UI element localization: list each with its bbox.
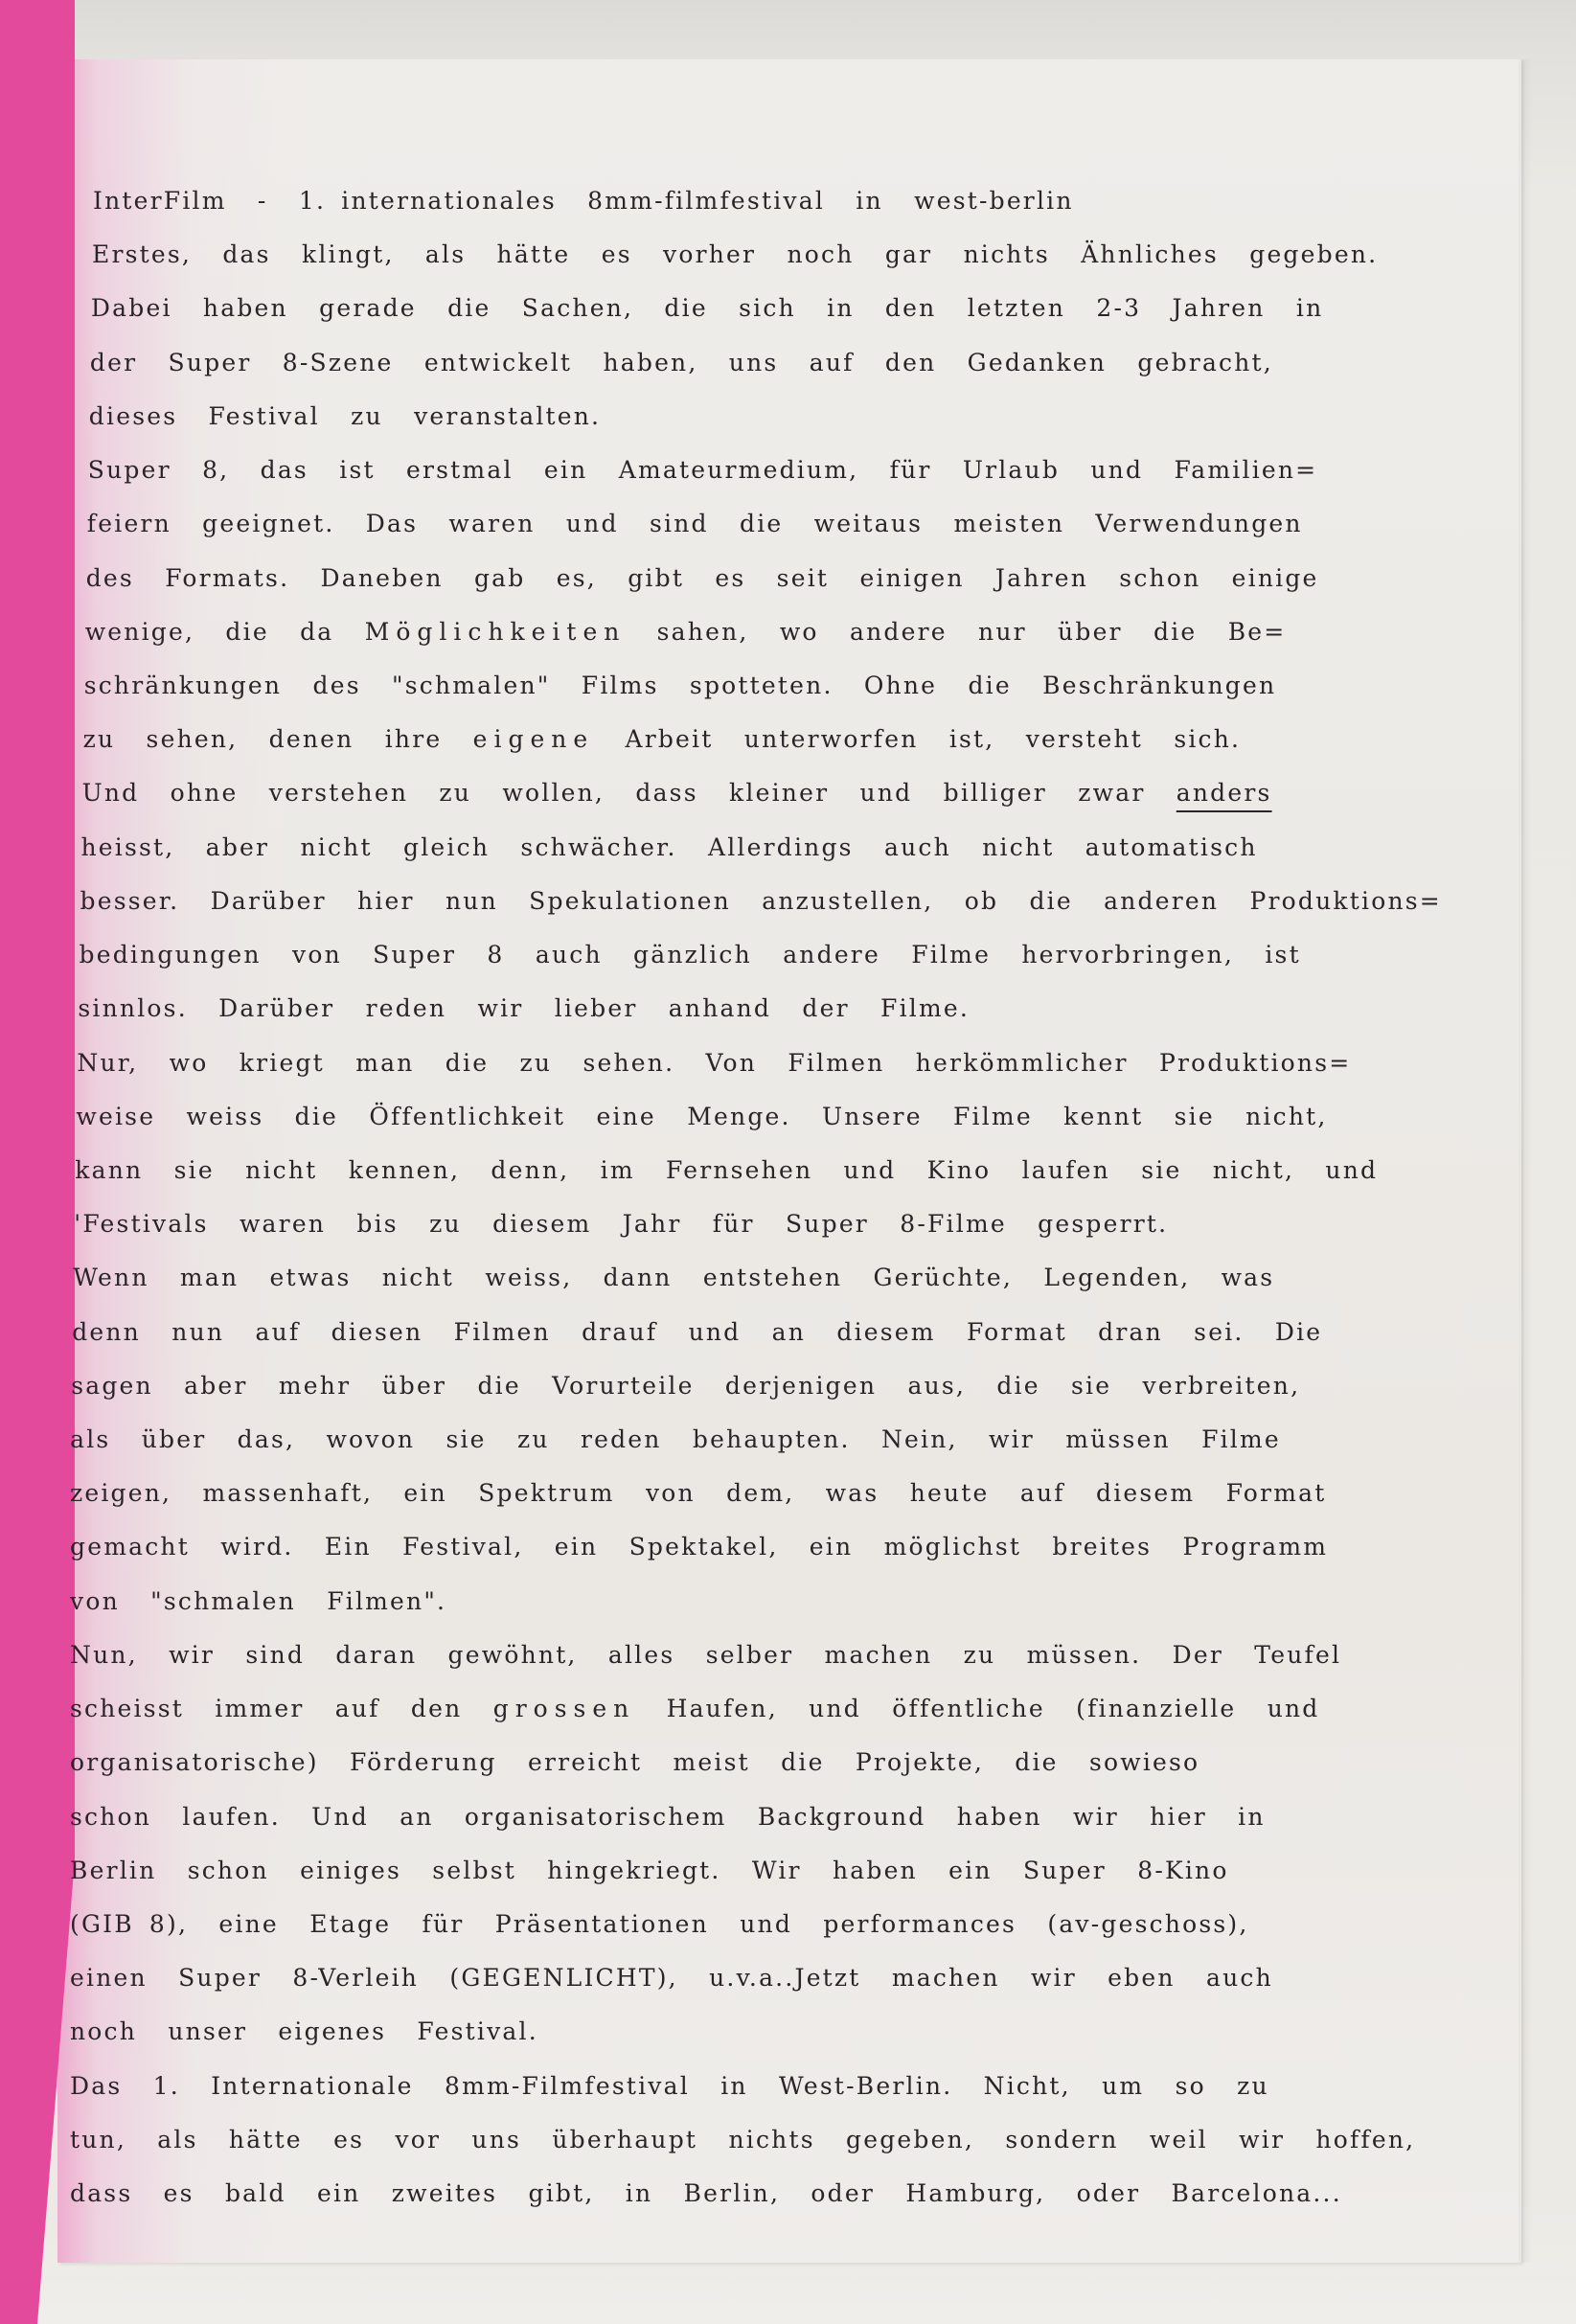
text-segment: zu sehen, denen ihre [83, 725, 473, 753]
paper-edge-shadow [1519, 59, 1532, 2263]
text-line: heisst, aber nicht gleich schwächer. All… [81, 835, 1258, 859]
text-line: organisatorische) Förderung erreicht mei… [70, 1750, 1199, 1774]
text-segment: Arbeit unterworfen ist, versteht sich. [594, 725, 1241, 753]
text-line: tun, als hätte es vor uns überhaupt nich… [70, 2128, 1415, 2152]
text-line: 'Festivals waren bis zu diesem Jahr für … [74, 1212, 1168, 1236]
text-segment: sahen, wo andere nur über die Be= [626, 618, 1286, 646]
underlined-word: anders [1176, 779, 1272, 807]
text-line: wenige, die da Möglichkeiten sahen, wo a… [85, 620, 1287, 644]
text-line: sinnlos. Darüber reden wir lieber anhand… [78, 996, 970, 1020]
text-segment: Und ohne verstehen zu wollen, dass klein… [82, 779, 1176, 807]
text-line: von "schmalen Filmen". [70, 1589, 446, 1613]
text-segment: wenige, die da [85, 618, 365, 646]
pink-folder-tab [0, 0, 75, 2324]
text-line: weise weiss die Öffentlichkeit eine Meng… [76, 1105, 1327, 1128]
text-line: denn nun auf diesen Filmen drauf und an … [72, 1320, 1322, 1344]
text-line: Berlin schon einiges selbst hingekriegt.… [70, 1858, 1229, 1882]
text-line: Erstes, das klingt, als hätte es vorher … [92, 242, 1378, 266]
text-line: dieses Festival zu veranstalten. [89, 404, 601, 428]
text-line: sagen aber mehr über die Vorurteile derj… [71, 1374, 1300, 1398]
text-line: Nur, wo kriegt man die zu sehen. Von Fil… [77, 1051, 1351, 1075]
text-line: Wenn man etwas nicht weiss, dann entsteh… [73, 1265, 1274, 1289]
emphasized-spaced-word: eigene [473, 725, 595, 753]
text-line: zeigen, massenhaft, ein Spektrum von dem… [70, 1481, 1326, 1505]
text-line: Dabei haben gerade die Sachen, die sich … [91, 296, 1324, 320]
emphasized-spaced-word: Möglichkeiten [365, 618, 627, 646]
text-line: schon laufen. Und an organisatorischem B… [70, 1805, 1266, 1829]
text-line: noch unser eigenes Festival. [70, 2019, 538, 2043]
text-line: des Formats. Daneben gab es, gibt es sei… [86, 566, 1319, 590]
text-line: Super 8, das ist erstmal ein Amateurmedi… [88, 458, 1318, 482]
text-segment: scheisst immer auf den [70, 1695, 493, 1722]
text-line: Das 1. Internationale 8mm-Filmfestival i… [70, 2074, 1269, 2098]
text-line: kann sie nicht kennen, denn, im Fernsehe… [75, 1158, 1378, 1182]
text-line: Und ohne verstehen zu wollen, dass klein… [82, 781, 1272, 805]
text-line: der Super 8-Szene entwickelt haben, uns … [90, 351, 1273, 375]
emphasized-spaced-word: grossen [493, 1695, 636, 1722]
text-line: einen Super 8-Verleih (GEGENLICHT), u.v.… [70, 1966, 1273, 1990]
text-line: als über das, wovon sie zu reden behaupt… [70, 1427, 1281, 1451]
text-line: zu sehen, denen ihre eigene Arbeit unter… [83, 727, 1242, 751]
text-line: dass es bald ein zweites gibt, in Berlin… [70, 2181, 1342, 2205]
text-segment: Haufen, und öffentliche (finanzielle und [635, 1695, 1319, 1722]
text-line: besser. Darüber hier nun Spekulationen a… [80, 889, 1442, 913]
text-line: schränkungen des "schmalen" Films spotte… [84, 673, 1277, 697]
text-line: scheisst immer auf den grossen Haufen, u… [70, 1697, 1320, 1720]
text-line: (GIB 8), eine Etage für Präsentationen u… [70, 1912, 1249, 1936]
text-line: Nun, wir sind daran gewöhnt, alles selbe… [70, 1643, 1341, 1667]
text-line: feiern geeignet. Das waren und sind die … [87, 512, 1303, 535]
document-heading: InterFilm - 1. internationales 8mm-filmf… [93, 189, 1074, 213]
text-line: bedingungen von Super 8 auch gänzlich an… [80, 943, 1301, 967]
text-line: gemacht wird. Ein Festival, ein Spektake… [70, 1535, 1328, 1559]
